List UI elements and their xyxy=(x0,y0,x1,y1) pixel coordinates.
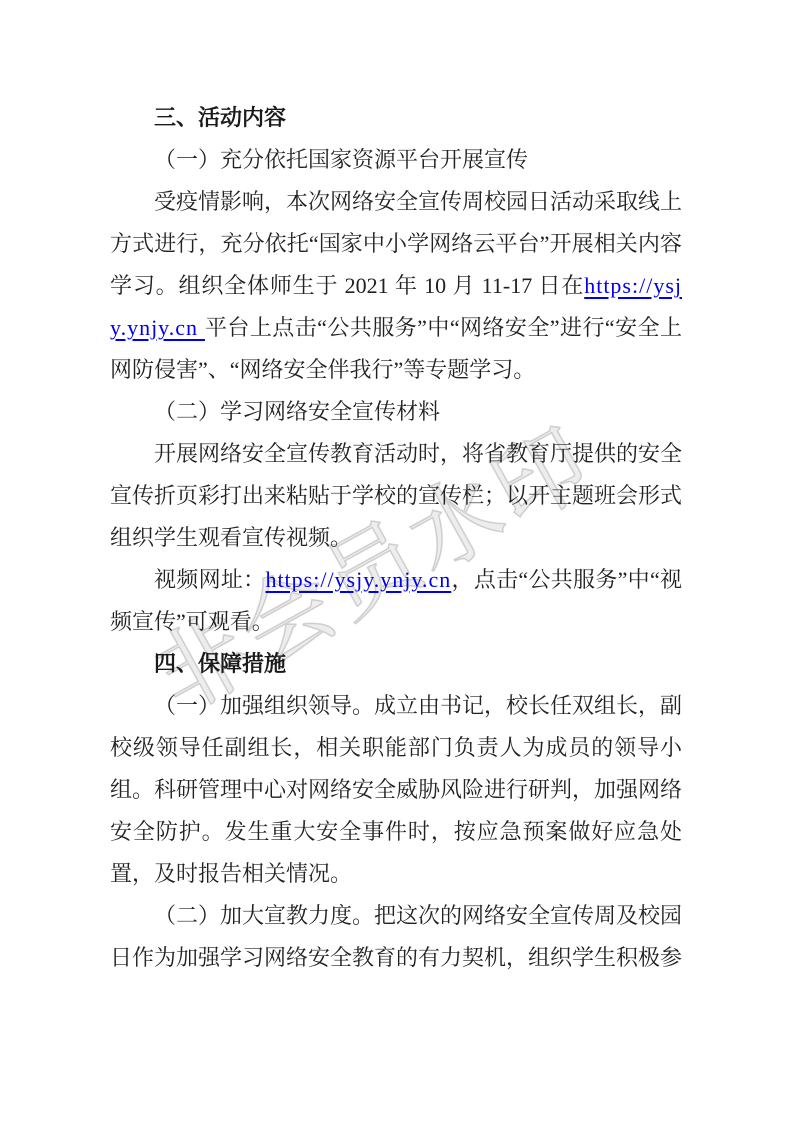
hyperlink-url[interactable]: https://ysjy.ynjy.cn xyxy=(265,567,451,592)
section-heading: 三、活动内容 xyxy=(110,97,682,139)
text-run: （一）充分依托国家资源平台开展宣传 xyxy=(154,147,528,172)
text-run: 开展网络安全宣传教育活动时，将省教育厅提供的安全宣传折页彩打出来粘贴于学校的宣传… xyxy=(110,441,682,550)
text-run: （二）学习网络安全宣传材料 xyxy=(154,399,440,424)
section-heading: 四、保障措施 xyxy=(110,643,682,685)
document-body: 三、活动内容（一）充分依托国家资源平台开展宣传受疫情影响，本次网络安全宣传周校园… xyxy=(110,97,682,979)
text-run: 视频网址： xyxy=(154,567,265,592)
document-page: 非会员水印 三、活动内容（一）充分依托国家资源平台开展宣传受疫情影响，本次网络安… xyxy=(0,0,793,1122)
paragraph: 视频网址：https://ysjy.ynjy.cn，点击“公共服务”中“视频宣传… xyxy=(110,559,682,643)
paragraph: （一）加强组织领导。成立由书记，校长任双组长，副校级领导任副组长，相关职能部门负… xyxy=(110,685,682,895)
paragraph: 开展网络安全宣传教育活动时，将省教育厅提供的安全宣传折页彩打出来粘贴于学校的宣传… xyxy=(110,433,682,559)
paragraph: （二）学习网络安全宣传材料 xyxy=(110,391,682,433)
paragraph: （二）加大宣教力度。把这次的网络安全宣传周及校园日作为加强学习网络安全教育的有力… xyxy=(110,895,682,979)
text-run: （一）加强组织领导。成立由书记，校长任双组长，副校级领导任副组长，相关职能部门负… xyxy=(110,693,682,886)
paragraph: 受疫情影响，本次网络安全宣传周校园日活动采取线上方式进行，充分依托“国家中小学网… xyxy=(110,181,682,391)
text-run: （二）加大宣教力度。把这次的网络安全宣传周及校园日作为加强学习网络安全教育的有力… xyxy=(110,903,682,970)
paragraph: （一）充分依托国家资源平台开展宣传 xyxy=(110,139,682,181)
